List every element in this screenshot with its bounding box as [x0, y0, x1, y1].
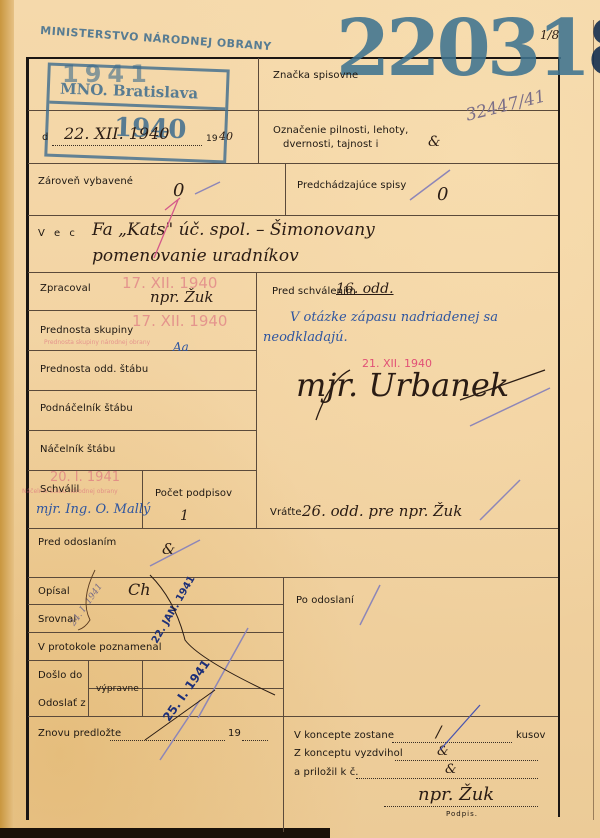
date-year-prefix: 19 [206, 134, 218, 144]
podpis-dotted-line [384, 806, 538, 807]
row-divider [28, 215, 558, 216]
row-divider [28, 430, 256, 431]
label-nacelnik-stabu: Náčelník štábu [40, 444, 115, 455]
znovu-year: 19 [228, 728, 241, 739]
row-divider [28, 390, 256, 391]
vec-line2: pomenovanie uradníkov [92, 246, 299, 266]
label-kusov: kusov [516, 730, 546, 741]
red-date-stamp-2: 17. XII. 1940 [132, 312, 227, 330]
column-divider [285, 163, 286, 215]
opisal-initials: Ch [128, 580, 151, 599]
date-dotted-line [52, 145, 202, 146]
label-v-koncepte-zostane: V koncepte zostane [294, 730, 394, 741]
column-divider [256, 272, 257, 528]
label-z-konceptu-vyzdvihol: Z konceptu vyzdvihol [294, 748, 403, 759]
column-divider [142, 660, 143, 716]
row-divider [28, 528, 558, 529]
column-divider [283, 577, 284, 832]
label-podnacelnik-stabu: Podnáčelník štábu [40, 403, 133, 414]
label-oznacenie-line2: dvernosti, tajnost i [283, 139, 378, 150]
pred-schvalenim-note-line2: neodkladajú. [263, 330, 348, 345]
pred-schvalenim-value: 16. odd. [336, 281, 394, 297]
scan-shadow [0, 828, 330, 838]
form-frame-right [558, 57, 560, 817]
label-vypravne: výpravne [96, 684, 139, 694]
column-divider [142, 470, 143, 528]
form-frame-left [26, 58, 29, 820]
label-v-protokole: V protokole poznamenal [38, 642, 162, 653]
paper-left-edge [0, 0, 14, 838]
koncept-dotted-line [392, 742, 512, 743]
label-zpracoval: Zpracoval [40, 283, 91, 294]
file-number-digits: 220318 [336, 3, 600, 94]
label-pocet-podpisov: Počet podpisov [155, 488, 232, 499]
z-konceptu-mark: & [437, 744, 449, 759]
pred-schvalenim-note-line1: V otázke zápasu nadriadenej sa [290, 310, 498, 325]
label-zaroven-vybavene: Zároveň vybavené [38, 176, 133, 187]
pred-odoslanim-value: & [162, 540, 175, 558]
red-date-stamp-schvalil: 20. I. 1941 [50, 470, 120, 485]
handwritten-date: 22. XII. 1940 [64, 124, 169, 143]
label-prednosta-odd-stabu: Prednosta odd. štábu [40, 364, 148, 375]
row-divider [28, 272, 558, 273]
row-divider [28, 577, 558, 578]
label-pred-odoslanim: Pred odoslaním [38, 537, 116, 548]
znovu-dotted-line [110, 740, 225, 741]
zaroven-value: 0 [173, 180, 184, 201]
approval-signature: mjr. Urbanek [296, 366, 509, 404]
label-po-odoslani: Po odoslaní [296, 595, 354, 606]
row-divider [28, 163, 558, 164]
date-prefix: d [42, 132, 48, 143]
prilozil-mark: & [445, 762, 457, 777]
label-oznacenie-line1: Označenie pilnosti, lehoty, [273, 125, 408, 136]
label-vec: V e c [38, 228, 78, 239]
right-margin-rule [593, 20, 594, 820]
oznacenie-value: & [428, 134, 440, 150]
vratte-value: 26. odd. pre npr. Žuk [302, 502, 462, 520]
row-divider [28, 310, 256, 311]
row-divider [28, 716, 558, 717]
label-prilozil: a priložil k č. [294, 767, 359, 778]
row-divider [28, 350, 256, 351]
z-konceptu-dotted-line [395, 760, 538, 761]
prednosta-skupiny-initials: Aa [173, 340, 189, 354]
column-divider [258, 58, 259, 163]
label-prednosta-skupiny: Prednosta skupiny [40, 325, 133, 336]
podpis-signature: npr. Žuk [418, 784, 494, 805]
file-number-stamp: 220318 [336, 10, 600, 88]
prilozil-dotted-line [356, 778, 538, 779]
label-odoslat-z: Odoslať z [38, 698, 86, 709]
label-znacka-spisovne: Značka spisovne [273, 70, 358, 81]
file-number-suffix: 1/8 [540, 28, 559, 42]
label-schvalil: Schválil [40, 484, 79, 495]
pocet-podpisov-value: 1 [180, 508, 189, 524]
date-year-hand: 40 [219, 130, 233, 143]
znovu-year-dotted [242, 740, 268, 741]
row-divider [28, 604, 283, 605]
label-predchadzajuce-spisy: Predchádzajúce spisy [297, 180, 406, 191]
row-divider [28, 660, 283, 661]
koncept-mark: / [436, 722, 441, 741]
label-podpis: Podpis. [446, 810, 478, 818]
label-vratte: Vráťte [270, 507, 302, 518]
zpracoval-signature: npr. Žuk [150, 288, 214, 306]
schvalil-signature: mjr. Ing. O. Mallý [36, 502, 150, 517]
predchadzajuce-value: 0 [437, 184, 448, 205]
label-znovu-predlozte: Znovu predložte [38, 728, 121, 739]
label-doslo-do: Došlo do [38, 670, 82, 681]
red-stamp-prednosta-caption: Prednosta skupiny národnej obrany [44, 339, 150, 346]
vec-line1: Fa „Kats" úč. spol. – Šimonovany [92, 220, 375, 240]
column-divider [88, 660, 89, 716]
label-opisal: Opísal [38, 586, 70, 597]
